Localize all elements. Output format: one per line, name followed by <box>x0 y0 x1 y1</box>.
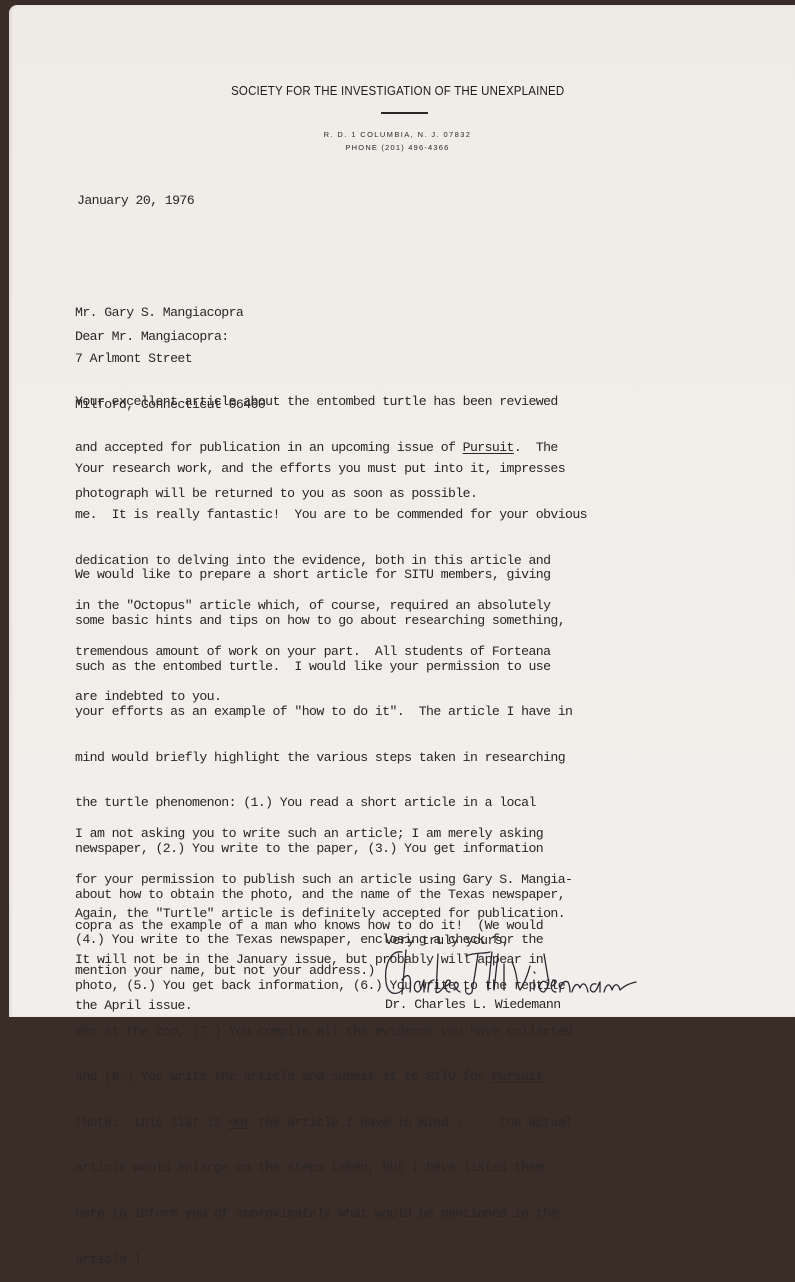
paragraph-line: me. It is really fantastic! You are to b… <box>75 507 587 522</box>
letterhead-phone: PHONE (201) 496-4366 <box>0 143 795 152</box>
handwritten-signature <box>380 944 640 1002</box>
recipient-name: Mr. Gary S. Mangiacopra <box>75 305 265 320</box>
paragraph-line: I am not asking you to write such an art… <box>75 826 572 841</box>
letterhead-address: R. D. 1 COLUMBIA, N. J. 07832 <box>0 130 795 139</box>
signer-name: Dr. Charles L. Wiedemann <box>385 997 561 1012</box>
paragraph-line: some basic hints and tips on how to go a… <box>75 613 572 628</box>
letterhead-organization: SOCIETY FOR THE INVESTIGATION OF THE UNE… <box>32 84 763 98</box>
paragraph-line: your efforts as an example of "how to do… <box>75 704 572 719</box>
paragraph-line: such as the entombed turtle. I would lik… <box>75 659 572 674</box>
paragraph-line: Again, the "Turtle" article is definitel… <box>75 906 565 921</box>
paragraph-line: mind would briefly highlight the various… <box>75 750 572 765</box>
letter-date: January 20, 1976 <box>77 193 194 208</box>
paragraph-line: Your excellent article about the entombe… <box>75 394 558 409</box>
letterhead-divider <box>381 112 428 114</box>
paragraph-line: Your research work, and the efforts you … <box>75 461 587 476</box>
paragraph-line: We would like to prepare a short article… <box>75 567 572 582</box>
salutation: Dear Mr. Mangiacopra: <box>75 329 229 344</box>
